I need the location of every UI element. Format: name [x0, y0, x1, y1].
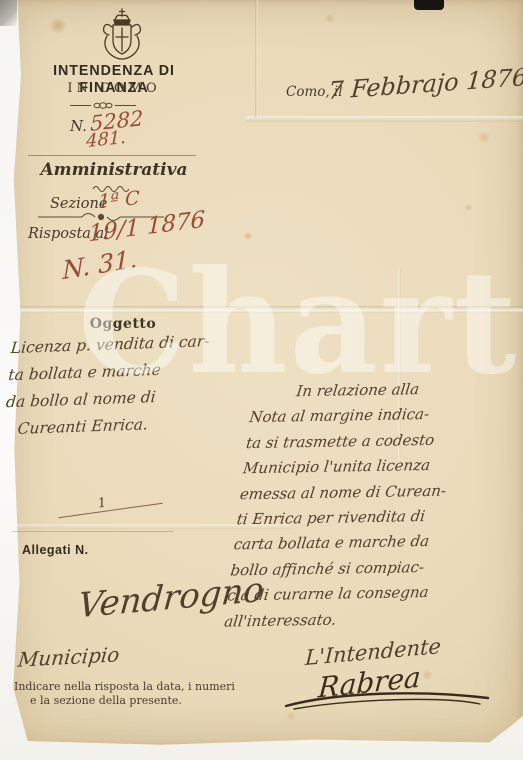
reference-number: N. 31.: [62, 244, 138, 285]
scan-corner-shadow: [0, 0, 17, 26]
allegati-value: 1: [97, 495, 108, 511]
scanned-letter: INTENDENZA DI FINANZA IN COMO N. 5282 48…: [0, 0, 523, 760]
recipient-office: Municipio: [17, 642, 121, 671]
scan-edge-mark: [414, 0, 444, 10]
sezione-value: 1ª C: [98, 187, 140, 213]
allegati-rule: [12, 531, 174, 532]
footer-line: Indicare nella risposta la data, i numer…: [14, 680, 235, 694]
body-line: all'interessato.: [223, 605, 492, 635]
footer-note: Indicare nella risposta la data, i numer…: [14, 680, 235, 708]
allegati-label: Allegati N.: [22, 543, 89, 557]
coat-of-arms-icon: [93, 8, 151, 68]
signature-flourish-icon: [282, 688, 497, 718]
footer-line: e la sezione della presente.: [14, 694, 235, 708]
allegati-stroke: [58, 503, 162, 519]
letter-body: In relazione alla Nota al margine indica…: [223, 375, 520, 634]
divider-rule: [28, 155, 196, 156]
letterhead-place: IN COMO: [18, 81, 210, 96]
protocol-label: N.: [70, 117, 87, 135]
dateline-handwritten-date: 7 Febbrajo 1876: [327, 63, 523, 105]
oggetto-text: Licenza p. vendita di car- ta bollata e …: [3, 326, 264, 443]
division-title: Amministrativa: [18, 160, 210, 180]
protocol-number-bottom: 481.: [86, 127, 126, 152]
letter-content: INTENDENZA DI FINANZA IN COMO N. 5282 48…: [0, 0, 523, 760]
